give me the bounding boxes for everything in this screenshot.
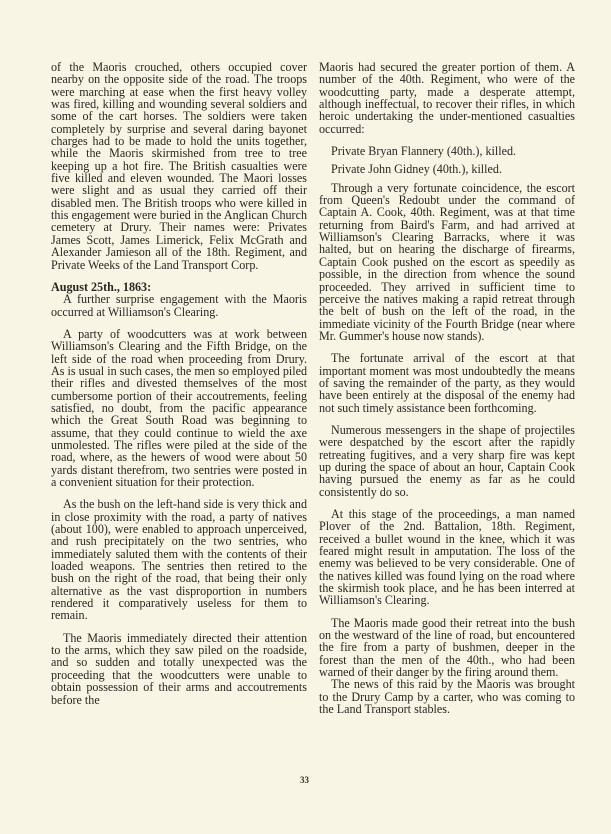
paragraph-news-of-raid: The news of this raid by the Maoris was … bbox=[319, 678, 575, 715]
paragraph-ambush-continued: of the Maoris crouched, others occupied … bbox=[51, 61, 307, 271]
paragraph-secured-rifles: Maoris had secured the greater portion o… bbox=[319, 61, 575, 135]
paragraph-maori-retreat: The Maoris made good their retreat into … bbox=[319, 617, 575, 679]
paragraph-plover-wound: At this stage of the proceedings, a man … bbox=[319, 508, 575, 607]
paragraph-woodcutters: A party of woodcutters was at work betwe… bbox=[51, 328, 307, 488]
paragraph-messengers: Numerous messengers in the shape of proj… bbox=[319, 424, 575, 498]
paragraph-fortunate-arrival: The fortunate arrival of the escort at t… bbox=[319, 352, 575, 414]
right-column: Maoris had secured the greater portion o… bbox=[319, 61, 575, 716]
paragraph-maoris-arms: The Maoris immediately directed their at… bbox=[51, 632, 307, 706]
page-number: 33 bbox=[300, 775, 309, 785]
paragraph-escort-arrival: Through a very fortunate coincidence, th… bbox=[319, 182, 575, 342]
casualty-list-item: Private John Gidney (40th.), killed. bbox=[319, 163, 575, 175]
left-column: of the Maoris crouched, others occupied … bbox=[51, 61, 307, 706]
paragraph-further-engagement: A further surprise engagement with the M… bbox=[51, 293, 307, 318]
casualty-list-item: Private Bryan Flannery (40th.), killed. bbox=[319, 145, 575, 157]
paragraph-bush-natives: As the bush on the left-hand side is ver… bbox=[51, 498, 307, 621]
